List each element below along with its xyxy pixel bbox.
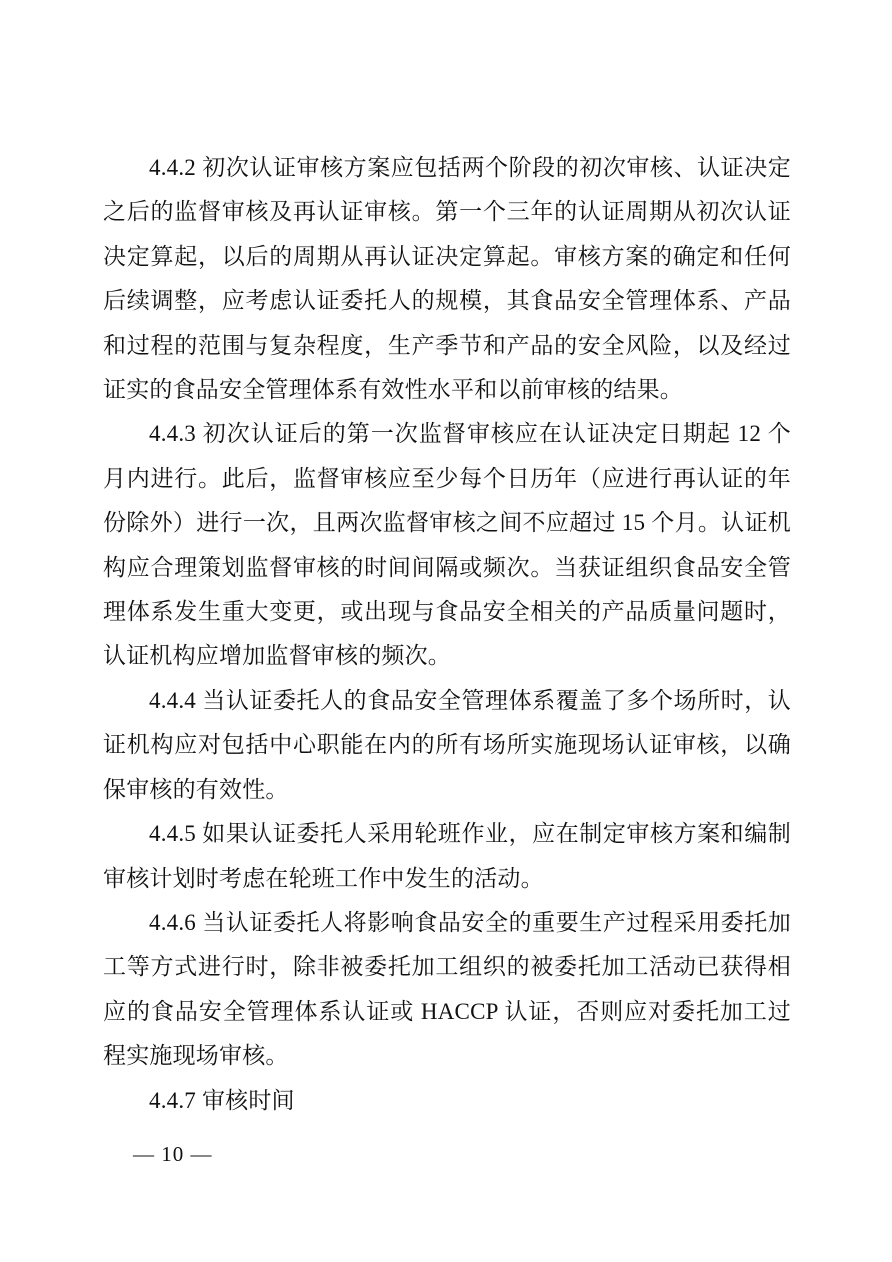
- document-page: 4.4.2 初次认证审核方案应包括两个阶段的初次审核、认证决定之后的监督审核及再…: [0, 0, 892, 1262]
- paragraph-4-4-7-heading: 4.4.7 审核时间: [103, 1079, 791, 1123]
- paragraph-4-4-2: 4.4.2 初次认证审核方案应包括两个阶段的初次审核、认证决定之后的监督审核及再…: [103, 146, 791, 412]
- document-text-block: 4.4.2 初次认证审核方案应包括两个阶段的初次审核、认证决定之后的监督审核及再…: [103, 146, 791, 1123]
- paragraph-4-4-4: 4.4.4 当认证委托人的食品安全管理体系覆盖了多个场所时，认证机构应对包括中心…: [103, 679, 791, 812]
- paragraph-4-4-3: 4.4.3 初次认证后的第一次监督审核应在认证决定日期起 12 个月内进行。此后…: [103, 412, 791, 678]
- page-number: — 10 —: [133, 1140, 213, 1168]
- paragraph-4-4-5: 4.4.5 如果认证委托人采用轮班作业，应在制定审核方案和编制审核计划时考虑在轮…: [103, 812, 791, 901]
- paragraph-4-4-6: 4.4.6 当认证委托人将影响食品安全的重要生产过程采用委托加工等方式进行时，除…: [103, 901, 791, 1079]
